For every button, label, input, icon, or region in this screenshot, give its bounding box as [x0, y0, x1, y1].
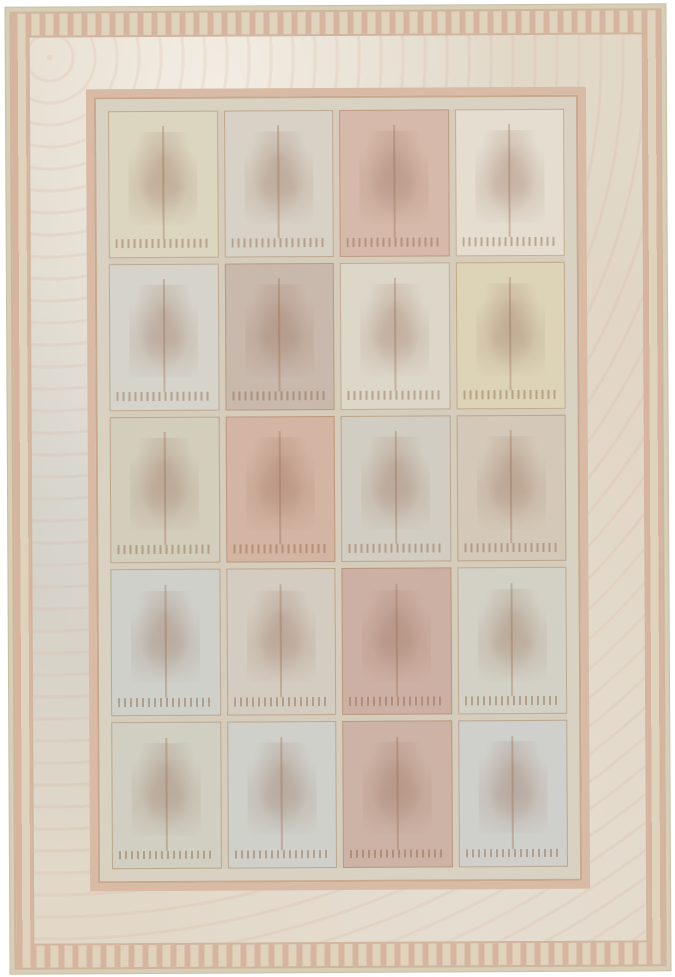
garden-panel: [455, 262, 565, 409]
garden-panel: [342, 721, 452, 868]
panel-ground-motif: [116, 239, 211, 248]
garden-panel: [341, 415, 451, 562]
garden-panel: [456, 414, 566, 561]
garden-panel: [108, 111, 218, 258]
garden-field: [108, 109, 568, 869]
panel-ground-motif: [463, 237, 558, 246]
garden-panel: [111, 722, 221, 869]
garden-panel: [109, 263, 219, 410]
panel-ground-motif: [464, 543, 559, 552]
panel-ground-motif: [348, 391, 443, 400]
panel-ground-motif: [349, 543, 444, 552]
panel-ground-motif: [234, 697, 329, 706]
garden-panel: [226, 568, 336, 715]
garden-panel: [458, 720, 568, 867]
panel-ground-motif: [232, 238, 327, 247]
garden-panel: [341, 568, 451, 715]
garden-panel: [224, 263, 334, 410]
panel-ground-motif: [350, 849, 445, 858]
panel-ground-motif: [463, 390, 558, 399]
garden-panel: [227, 721, 337, 868]
panel-ground-motif: [350, 696, 445, 705]
panel-ground-motif: [117, 392, 212, 401]
panel-ground-motif: [465, 696, 560, 705]
inner-guard-border: [86, 87, 590, 892]
garden-panel: [339, 109, 449, 256]
garden-panel: [457, 567, 567, 714]
panel-ground-motif: [466, 848, 561, 857]
garden-panel: [225, 416, 335, 563]
panel-ground-motif: [119, 850, 214, 859]
panel-ground-motif: [232, 391, 327, 400]
garden-panel: [110, 416, 220, 563]
rug: [5, 4, 670, 973]
panel-ground-motif: [119, 697, 214, 706]
garden-panel: [340, 262, 450, 409]
panel-ground-motif: [233, 544, 328, 553]
garden-panel: [110, 569, 220, 716]
panel-ground-motif: [118, 545, 213, 554]
garden-panel: [224, 110, 334, 257]
panel-ground-motif: [347, 238, 442, 247]
panel-ground-motif: [235, 850, 330, 859]
garden-panel: [455, 109, 565, 256]
